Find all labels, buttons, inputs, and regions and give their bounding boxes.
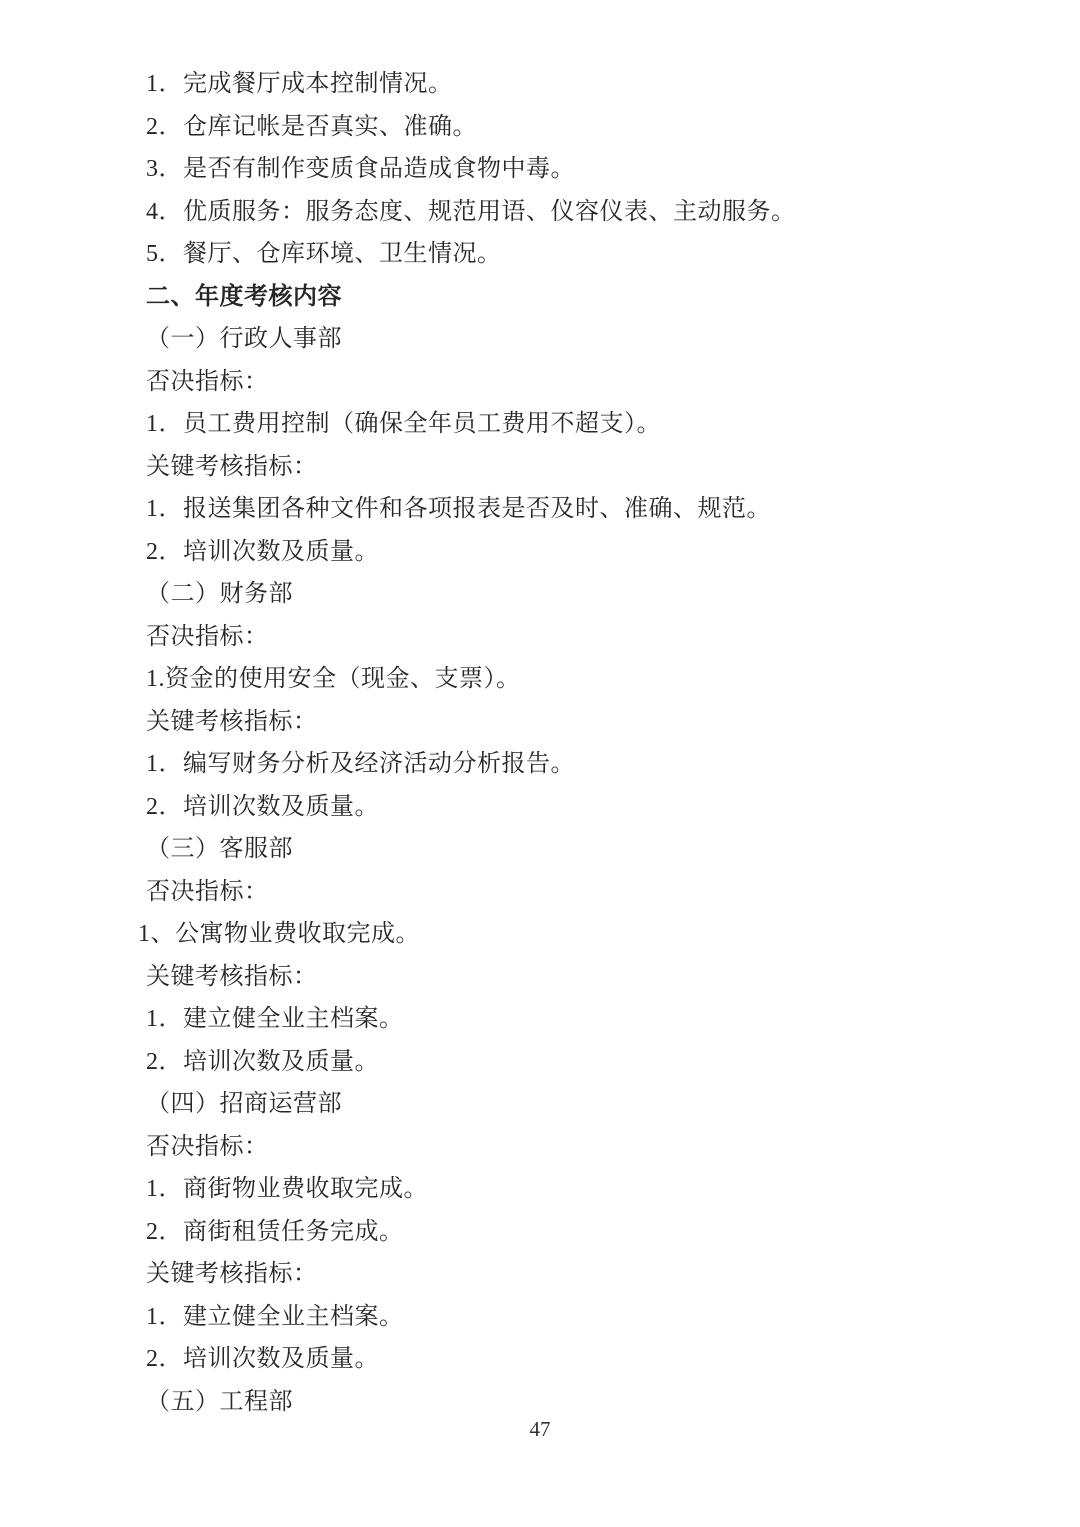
list-item: 1.资金的使用安全（现金、支票）。 <box>146 658 1020 701</box>
indicator-label: 否决指标： <box>146 361 1020 404</box>
list-item: 1．编写财务分析及经济活动分析报告。 <box>146 743 1020 786</box>
indicator-label: 关键考核指标： <box>146 1253 1020 1296</box>
subsection-heading: （三）客服部 <box>146 828 1020 871</box>
list-item: 1．报送集团各种文件和各项报表是否及时、准确、规范。 <box>146 488 1020 531</box>
page-number: 47 <box>0 1416 1080 1442</box>
subsection-heading: （一）行政人事部 <box>146 318 1020 361</box>
indicator-label: 否决指标： <box>146 1126 1020 1169</box>
indicator-label: 否决指标： <box>146 871 1020 914</box>
list-item: 1．建立健全业主档案。 <box>146 1296 1020 1339</box>
list-item: 2．商街租赁任务完成。 <box>146 1211 1020 1254</box>
document-body: 1．完成餐厅成本控制情况。 2．仓库记帐是否真实、准确。 3．是否有制作变质食品… <box>146 63 1020 1423</box>
indicator-label: 关键考核指标： <box>146 446 1020 489</box>
section-heading: 二、年度考核内容 <box>146 276 1020 319</box>
list-item: 2．培训次数及质量。 <box>146 1041 1020 1084</box>
list-item: 2．培训次数及质量。 <box>146 786 1020 829</box>
list-item: 1．完成餐厅成本控制情况。 <box>146 63 1020 106</box>
list-item: 2．培训次数及质量。 <box>146 1338 1020 1381</box>
list-item: 1．员工费用控制（确保全年员工费用不超支）。 <box>146 403 1020 446</box>
list-item: 2．培训次数及质量。 <box>146 531 1020 574</box>
list-item: 4．优质服务：服务态度、规范用语、仪容仪表、主动服务。 <box>146 191 1020 234</box>
list-item: 2．仓库记帐是否真实、准确。 <box>146 106 1020 149</box>
list-item: 5．餐厅、仓库环境、卫生情况。 <box>146 233 1020 276</box>
indicator-label: 否决指标： <box>146 616 1020 659</box>
indicator-label: 关键考核指标： <box>146 956 1020 999</box>
subsection-heading: （二）财务部 <box>146 573 1020 616</box>
list-item: 1．商街物业费收取完成。 <box>146 1168 1020 1211</box>
indicator-label: 关键考核指标： <box>146 701 1020 744</box>
list-item: 1．建立健全业主档案。 <box>146 998 1020 1041</box>
list-item: 1、公寓物业费收取完成。 <box>138 913 1020 956</box>
list-item: 3．是否有制作变质食品造成食物中毒。 <box>146 148 1020 191</box>
subsection-heading: （四）招商运营部 <box>146 1083 1020 1126</box>
